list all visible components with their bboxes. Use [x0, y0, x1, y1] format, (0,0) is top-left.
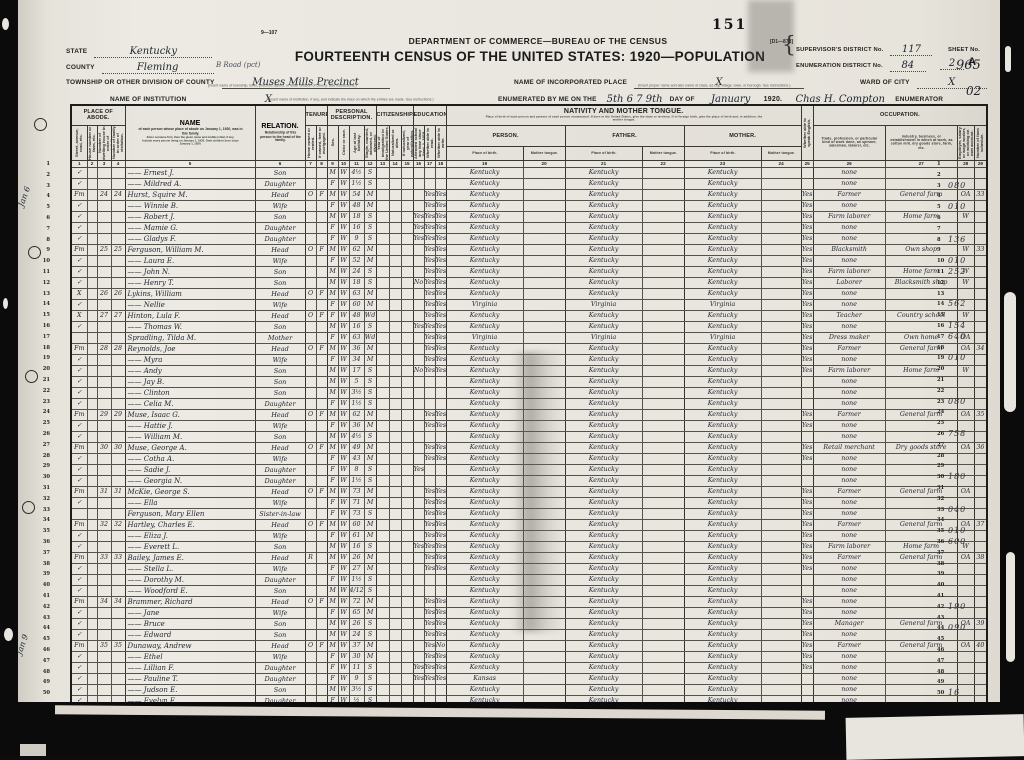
census-cell — [389, 464, 401, 475]
census-cell: —— Dorothy M. — [125, 574, 255, 585]
census-cell: Kentucky — [446, 266, 523, 277]
census-cell: Kentucky — [446, 211, 523, 222]
census-cell — [761, 497, 801, 508]
line-number: 31 — [937, 485, 947, 491]
census-cell — [97, 420, 111, 431]
census-cell — [97, 662, 111, 673]
column-number: 28 — [957, 160, 974, 167]
census-cell: F — [327, 222, 338, 233]
line-number: 12 — [40, 280, 50, 286]
census-cell — [523, 233, 565, 244]
census-cell: Kentucky — [565, 519, 642, 530]
census-cell — [111, 497, 125, 508]
census-cell: F — [316, 343, 327, 354]
census-cell: W — [338, 310, 349, 321]
census-cell — [642, 178, 684, 189]
census-cell — [389, 640, 401, 651]
census-cell — [523, 255, 565, 266]
census-cell — [424, 574, 435, 585]
census-cell — [87, 277, 97, 288]
census-cell — [435, 398, 446, 409]
census-cell: none — [813, 255, 885, 266]
census-cell: Kentucky — [684, 178, 761, 189]
group-citizenship: CITIZENSHIP. — [376, 105, 413, 125]
census-cell: Farmer — [813, 409, 885, 420]
census-cell: Yes — [435, 552, 446, 563]
census-cell — [523, 332, 565, 343]
census-cell — [305, 563, 316, 574]
census-cell — [761, 332, 801, 343]
census-cell — [761, 321, 801, 332]
census-cell: 49 — [349, 442, 364, 453]
census-cell: M — [327, 486, 338, 497]
census-cell — [305, 541, 316, 552]
census-cell — [389, 684, 401, 695]
census-cell — [316, 497, 327, 508]
census-cell: ✓ — [71, 541, 87, 552]
census-cell — [974, 607, 987, 618]
census-cell: W — [338, 574, 349, 585]
census-cell: Farm laborer — [813, 541, 885, 552]
census-cell: S — [364, 178, 376, 189]
census-cell — [376, 442, 389, 453]
census-cell — [642, 277, 684, 288]
line-number: 12 — [937, 280, 947, 286]
census-cell — [523, 244, 565, 255]
dayof-label: DAY OF — [670, 96, 695, 103]
census-cell: S — [364, 508, 376, 519]
census-cell: F — [327, 453, 338, 464]
census-cell — [111, 233, 125, 244]
census-cell — [413, 453, 424, 464]
line-number: 29 — [40, 463, 50, 469]
census-cell: Yes — [801, 563, 813, 574]
census-cell — [413, 310, 424, 321]
census-cell — [389, 585, 401, 596]
census-cell — [435, 475, 446, 486]
line-number: 8 — [40, 237, 50, 243]
line-number: 25 — [40, 420, 50, 426]
census-cell — [97, 607, 111, 618]
column-number: 7 — [305, 160, 316, 167]
census-row: ✓—— Mamie G.DaughterFW16SYesYesYesKentuc… — [71, 222, 987, 233]
enumeration-district-label: ENUMERATION DISTRICT No. — [796, 63, 883, 69]
census-cell: —— Jane — [125, 607, 255, 618]
binding-edge-left — [0, 0, 17, 756]
census-cell: Virginia — [684, 332, 761, 343]
census-cell — [761, 409, 801, 420]
census-cell — [974, 662, 987, 673]
census-cell — [111, 255, 125, 266]
census-cell: Kentucky — [565, 343, 642, 354]
census-cell — [111, 376, 125, 387]
column-number: 11 — [349, 160, 364, 167]
census-cell: Kentucky — [684, 233, 761, 244]
census-cell — [642, 365, 684, 376]
census-cell — [111, 673, 125, 684]
census-cell: W — [338, 222, 349, 233]
line-number: 1 — [40, 161, 50, 167]
census-cell: Fm — [71, 442, 87, 453]
line-number: 18 — [40, 345, 50, 351]
census-cell — [389, 222, 401, 233]
census-cell: Wife — [255, 651, 305, 662]
line-number: 10 — [40, 258, 50, 264]
census-cell: Wife — [255, 607, 305, 618]
census-cell: Farm laborer — [813, 211, 885, 222]
census-cell — [974, 497, 987, 508]
col-mother-tongue: Mother tongue. — [642, 146, 684, 160]
line-number: 36 — [40, 539, 50, 545]
census-cell — [801, 574, 813, 585]
census-cell: S — [364, 233, 376, 244]
census-cell: Wife — [255, 354, 305, 365]
census-cell: S — [364, 541, 376, 552]
census-cell — [957, 453, 974, 464]
column-number: 24 — [761, 160, 801, 167]
census-cell — [435, 585, 446, 596]
census-cell — [87, 519, 97, 530]
census-cell: Kentucky — [446, 178, 523, 189]
margin-circle-mark — [28, 246, 41, 259]
census-cell: W — [338, 464, 349, 475]
census-cell: Kentucky — [446, 288, 523, 299]
census-cell: Farmer — [813, 552, 885, 563]
census-cell — [389, 607, 401, 618]
census-cell: Kentucky — [684, 530, 761, 541]
column-header: Age at last birthday. — [349, 125, 364, 160]
census-cell: Son — [255, 387, 305, 398]
census-cell: M — [364, 519, 376, 530]
census-cell: S — [364, 365, 376, 376]
column-header: Color or race. — [338, 125, 349, 160]
margin-note: 136 — [948, 235, 966, 244]
census-cell — [316, 376, 327, 387]
census-cell — [376, 651, 389, 662]
census-cell — [974, 200, 987, 211]
census-row: ✓—— Gladys F.DaughterFW9SYesYesYesKentuc… — [71, 233, 987, 244]
census-cell — [642, 343, 684, 354]
census-cell: F — [327, 574, 338, 585]
census-cell — [401, 596, 413, 607]
census-cell: ✓ — [71, 178, 87, 189]
census-cell — [111, 651, 125, 662]
census-cell — [642, 354, 684, 365]
census-cell: Yes — [801, 486, 813, 497]
census-cell — [389, 651, 401, 662]
census-cell — [87, 200, 97, 211]
census-cell — [376, 475, 389, 486]
census-cell — [389, 200, 401, 211]
census-cell — [413, 288, 424, 299]
census-cell — [376, 508, 389, 519]
census-cell: Yes — [435, 453, 446, 464]
census-cell: Kentucky — [565, 200, 642, 211]
census-cell — [305, 662, 316, 673]
census-cell: 32 — [97, 519, 111, 530]
census-cell: Yes — [801, 277, 813, 288]
census-cell — [111, 387, 125, 398]
census-cell — [97, 563, 111, 574]
census-cell — [413, 299, 424, 310]
census-cell: Yes — [413, 321, 424, 332]
census-cell — [401, 420, 413, 431]
census-cell — [424, 431, 435, 442]
census-row: Fm2525Ferguson, William M.HeadOFMW62MYes… — [71, 244, 987, 255]
census-cell: —— Everett L. — [125, 541, 255, 552]
census-cell: Farmer — [813, 189, 885, 200]
census-cell: none — [813, 453, 885, 464]
census-cell — [87, 640, 97, 651]
census-cell — [305, 211, 316, 222]
census-cell — [389, 629, 401, 640]
census-cell: W — [338, 662, 349, 673]
column-header: Home owned or rented. — [305, 125, 316, 160]
line-number: 19 — [937, 355, 947, 361]
census-cell: Kentucky — [684, 651, 761, 662]
census-cell — [401, 343, 413, 354]
census-cell: W — [338, 486, 349, 497]
census-cell: Farmer — [813, 519, 885, 530]
census-cell: ✓ — [71, 453, 87, 464]
census-cell — [401, 299, 413, 310]
census-cell: Kentucky — [446, 222, 523, 233]
census-cell — [389, 299, 401, 310]
census-cell: Yes — [424, 222, 435, 233]
census-cell: M — [327, 618, 338, 629]
census-cell — [642, 398, 684, 409]
census-cell: S — [364, 585, 376, 596]
census-cell — [97, 365, 111, 376]
census-cell — [376, 596, 389, 607]
census-cell — [111, 299, 125, 310]
census-cell: Dress maker — [813, 332, 885, 343]
column-number: 2 — [87, 160, 97, 167]
department-title: DEPARTMENT OF COMMERCE—BUREAU OF THE CEN… — [318, 36, 758, 46]
census-cell: Kentucky — [446, 321, 523, 332]
census-cell: Yes — [413, 222, 424, 233]
census-cell: 62 — [349, 244, 364, 255]
column-number: 16 — [413, 160, 424, 167]
census-cell: Yes — [435, 607, 446, 618]
census-cell: Yes — [435, 321, 446, 332]
census-cell: ✓ — [71, 277, 87, 288]
census-cell — [401, 585, 413, 596]
census-row: ✓—— Henry T.SonMW18SNoYesYesKentuckyKent… — [71, 277, 987, 288]
census-cell — [523, 310, 565, 321]
census-cell — [305, 266, 316, 277]
census-cell: Yes — [424, 420, 435, 431]
census-cell — [87, 453, 97, 464]
census-cell: Kentucky — [684, 200, 761, 211]
line-number: 50 — [40, 690, 50, 696]
census-cell: 34 — [97, 596, 111, 607]
census-cell: Yes — [801, 244, 813, 255]
census-cell — [87, 299, 97, 310]
census-cell — [87, 310, 97, 321]
census-cell: 35 — [97, 640, 111, 651]
census-cell: Yes — [801, 211, 813, 222]
census-cell — [87, 662, 97, 673]
census-cell: —— Mamie G. — [125, 222, 255, 233]
line-number: 44 — [937, 625, 947, 631]
col-place-of-birth: Place of birth. — [684, 146, 761, 160]
census-cell: Kentucky — [446, 662, 523, 673]
census-cell: Kentucky — [565, 640, 642, 651]
census-cell: Teacher — [813, 310, 885, 321]
census-cell — [401, 530, 413, 541]
column-number: 1 — [71, 160, 87, 167]
column-number: 13 — [376, 160, 389, 167]
census-cell — [111, 618, 125, 629]
census-cell: M — [327, 629, 338, 640]
line-number: 31 — [40, 485, 50, 491]
census-cell: M — [327, 343, 338, 354]
census-cell — [87, 574, 97, 585]
census-cell: F — [327, 255, 338, 266]
census-cell: 1½ — [349, 398, 364, 409]
census-cell: 32 — [111, 519, 125, 530]
census-row: ✓—— Pauline T.DaughterFW9SYesYesYesKansa… — [71, 673, 987, 684]
census-cell — [87, 431, 97, 442]
census-cell: —— Mildred A. — [125, 178, 255, 189]
margin-note: 154 — [948, 321, 966, 330]
census-cell — [761, 442, 801, 453]
census-cell — [376, 420, 389, 431]
census-cell — [435, 167, 446, 178]
census-cell — [389, 409, 401, 420]
column-number: 17 — [424, 160, 435, 167]
census-cell — [413, 420, 424, 431]
top-smudge — [748, 0, 794, 72]
census-cell: ✓ — [71, 629, 87, 640]
line-number: 13 — [40, 291, 50, 297]
census-cell — [761, 519, 801, 530]
paper-speck — [3, 298, 8, 309]
census-cell: Head — [255, 486, 305, 497]
census-cell: M — [327, 365, 338, 376]
census-cell: M — [327, 288, 338, 299]
census-cell — [305, 497, 316, 508]
torn-paper-edge — [1005, 46, 1011, 72]
line-number: 34 — [937, 517, 947, 523]
census-cell: Kentucky — [565, 321, 642, 332]
census-cell: Wife — [255, 200, 305, 211]
census-cell: Head — [255, 519, 305, 530]
census-cell — [761, 431, 801, 442]
census-cell: 71 — [349, 497, 364, 508]
census-cell — [111, 475, 125, 486]
census-cell: Yes — [424, 310, 435, 321]
group-tenure: TENURE. — [305, 105, 327, 125]
census-cell: —— Woodford E. — [125, 585, 255, 596]
census-cell: Kentucky — [565, 596, 642, 607]
census-cell — [87, 442, 97, 453]
census-cell: X — [71, 310, 87, 321]
column-header: Year of immigration to the United States… — [376, 125, 389, 160]
census-cell — [97, 321, 111, 332]
census-cell — [642, 222, 684, 233]
census-cell — [523, 266, 565, 277]
census-cell: Yes — [801, 497, 813, 508]
margin-note: 010 — [948, 526, 966, 535]
census-cell — [376, 354, 389, 365]
census-cell — [389, 563, 401, 574]
census-cell — [761, 200, 801, 211]
census-cell: W — [338, 607, 349, 618]
census-cell: F — [327, 530, 338, 541]
line-number: 22 — [40, 388, 50, 394]
census-cell — [111, 211, 125, 222]
census-cell — [642, 640, 684, 651]
census-cell: Kentucky — [684, 387, 761, 398]
census-cell: Yes — [424, 519, 435, 530]
census-cell: 73 — [349, 486, 364, 497]
census-cell: ✓ — [71, 585, 87, 596]
line-number: 4 — [40, 193, 50, 199]
census-cell — [424, 376, 435, 387]
census-cell: Yes — [424, 629, 435, 640]
census-cell: W — [338, 442, 349, 453]
census-cell: —— Ernest J. — [125, 167, 255, 178]
margin-note: 090 — [948, 623, 966, 632]
census-cell: —— Winnie B. — [125, 200, 255, 211]
census-cell — [389, 453, 401, 464]
census-cell — [401, 574, 413, 585]
census-cell: Kentucky — [565, 618, 642, 629]
census-cell — [111, 530, 125, 541]
census-cell: Kentucky — [565, 288, 642, 299]
census-cell: M — [364, 299, 376, 310]
census-cell: W — [338, 585, 349, 596]
census-cell: W — [338, 651, 349, 662]
line-number: 3 — [40, 183, 50, 189]
census-cell — [389, 475, 401, 486]
census-cell — [111, 464, 125, 475]
census-cell — [97, 266, 111, 277]
census-cell: M — [327, 541, 338, 552]
census-cell — [305, 431, 316, 442]
census-cell — [87, 376, 97, 387]
census-cell: ✓ — [71, 365, 87, 376]
line-number: 2 — [40, 172, 50, 178]
census-cell: F — [316, 310, 327, 321]
census-cell — [413, 519, 424, 530]
census-cell: Daughter — [255, 233, 305, 244]
census-cell: Yes — [801, 299, 813, 310]
margin-number-bottom: 02 — [966, 84, 981, 98]
census-cell: S — [364, 629, 376, 640]
census-row: ✓—— Mildred A.DaughterFW1½SKentuckyKentu… — [71, 178, 987, 189]
census-cell — [376, 211, 389, 222]
census-cell — [435, 574, 446, 585]
census-cell: W — [338, 453, 349, 464]
census-cell — [97, 574, 111, 585]
census-cell: M — [364, 530, 376, 541]
census-cell: Yes — [424, 618, 435, 629]
census-cell: Laborer — [813, 277, 885, 288]
census-cell: Kentucky — [446, 244, 523, 255]
census-cell: Yes — [435, 233, 446, 244]
census-cell — [305, 453, 316, 464]
line-number: 38 — [40, 561, 50, 567]
census-cell — [435, 178, 446, 189]
line-number: 38 — [937, 561, 947, 567]
census-cell: Kentucky — [565, 354, 642, 365]
census-cell — [389, 398, 401, 409]
census-cell: Yes — [801, 189, 813, 200]
census-cell — [523, 222, 565, 233]
